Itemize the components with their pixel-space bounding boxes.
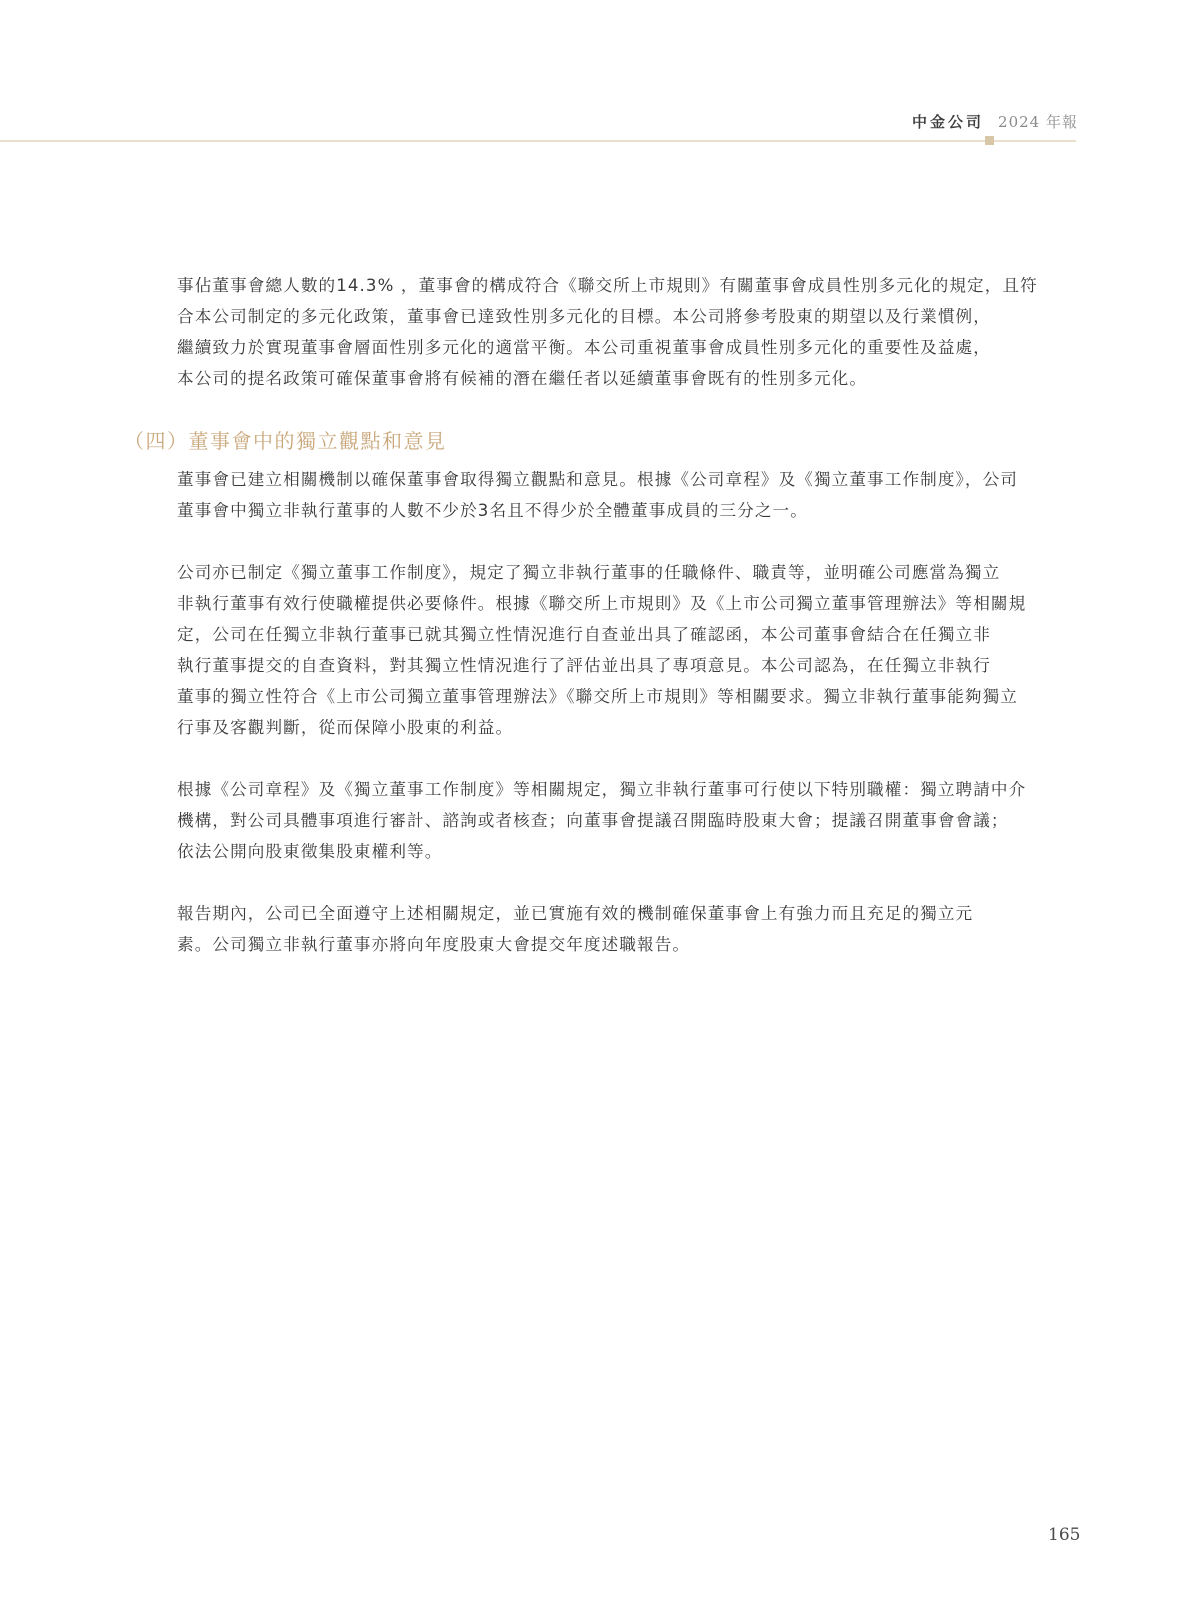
section-heading: （四）董事會中的獨立觀點和意見 [124, 425, 447, 454]
text-line: 事佔董事會總人數的14.3% ，董事會的構成符合《聯交所上市規則》有關董事會成員… [177, 270, 1077, 301]
text-line: 素。公司獨立非執行董事亦將向年度股東大會提交年度述職報告。 [177, 929, 1077, 960]
page-number: 165 [1048, 1525, 1080, 1545]
text-line: 本公司的提名政策可確保董事會將有候補的潛在繼任者以延續董事會既有的性別多元化。 [177, 363, 1077, 394]
report-title: 2024 年報 [998, 113, 1078, 131]
company-name: 中金公司 [912, 113, 984, 131]
text-line: 依法公開向股東徵集股東權利等。 [177, 836, 1077, 867]
header-square-marker-icon [985, 136, 994, 145]
section-body: 董事會已建立相關機制以確保董事會取得獨立觀點和意見。根據《公司章程》及《獨立董事… [177, 464, 1077, 960]
page-body: 事佔董事會總人數的14.3% ，董事會的構成符合《聯交所上市規則》有關董事會成員… [177, 270, 1077, 394]
text-line: 合本公司制定的多元化政策，董事會已達致性別多元化的目標。本公司將參考股東的期望以… [177, 301, 1077, 332]
header-divider [0, 140, 1076, 142]
section-paragraph-2: 公司亦已制定《獨立董事工作制度》，規定了獨立非執行董事的任職條件、職責等，並明確… [177, 557, 1077, 743]
paragraph-spacer [177, 867, 1077, 898]
text-line: 報告期內，公司已全面遵守上述相關規定，並已實施有效的機制確保董事會上有強力而且充… [177, 898, 1077, 929]
text-line: 董事會已建立相關機制以確保董事會取得獨立觀點和意見。根據《公司章程》及《獨立董事… [177, 464, 1077, 495]
text-line: 根據《公司章程》及《獨立董事工作制度》等相關規定，獨立非執行董事可行使以下特別職… [177, 774, 1077, 805]
text-line: 董事會中獨立非執行董事的人數不少於3名且不得少於全體董事成員的三分之一。 [177, 495, 1077, 526]
section-paragraph-1: 董事會已建立相關機制以確保董事會取得獨立觀點和意見。根據《公司章程》及《獨立董事… [177, 464, 1077, 526]
text-line: 執行董事提交的自查資料，對其獨立性情況進行了評估並出具了專項意見。本公司認為，在… [177, 650, 1077, 681]
text-line: 公司亦已制定《獨立董事工作制度》，規定了獨立非執行董事的任職條件、職責等，並明確… [177, 557, 1077, 588]
text-line: 非執行董事有效行使職權提供必要條件。根據《聯交所上市規則》及《上市公司獨立董事管… [177, 588, 1077, 619]
paragraph-spacer [177, 526, 1077, 557]
text-line: 繼續致力於實現董事會層面性別多元化的適當平衡。本公司重視董事會成員性別多元化的重… [177, 332, 1077, 363]
header-title: 中金公司2024 年報 [912, 111, 1078, 132]
text-line: 定，公司在任獨立非執行董事已就其獨立性情況進行自查並出具了確認函，本公司董事會結… [177, 619, 1077, 650]
text-line: 董事的獨立性符合《上市公司獨立董事管理辦法》《聯交所上市規則》等相關要求。獨立非… [177, 681, 1077, 712]
text-line: 行事及客觀判斷，從而保障小股東的利益。 [177, 712, 1077, 743]
section-paragraph-4: 報告期內，公司已全面遵守上述相關規定，並已實施有效的機制確保董事會上有強力而且充… [177, 898, 1077, 960]
paragraph-spacer [177, 743, 1077, 774]
text-line: 機構，對公司具體事項進行審計、諮詢或者核查；向董事會提議召開臨時股東大會；提議召… [177, 805, 1077, 836]
section-paragraph-3: 根據《公司章程》及《獨立董事工作制度》等相關規定，獨立非執行董事可行使以下特別職… [177, 774, 1077, 867]
intro-paragraph: 事佔董事會總人數的14.3% ，董事會的構成符合《聯交所上市規則》有關董事會成員… [177, 270, 1077, 394]
